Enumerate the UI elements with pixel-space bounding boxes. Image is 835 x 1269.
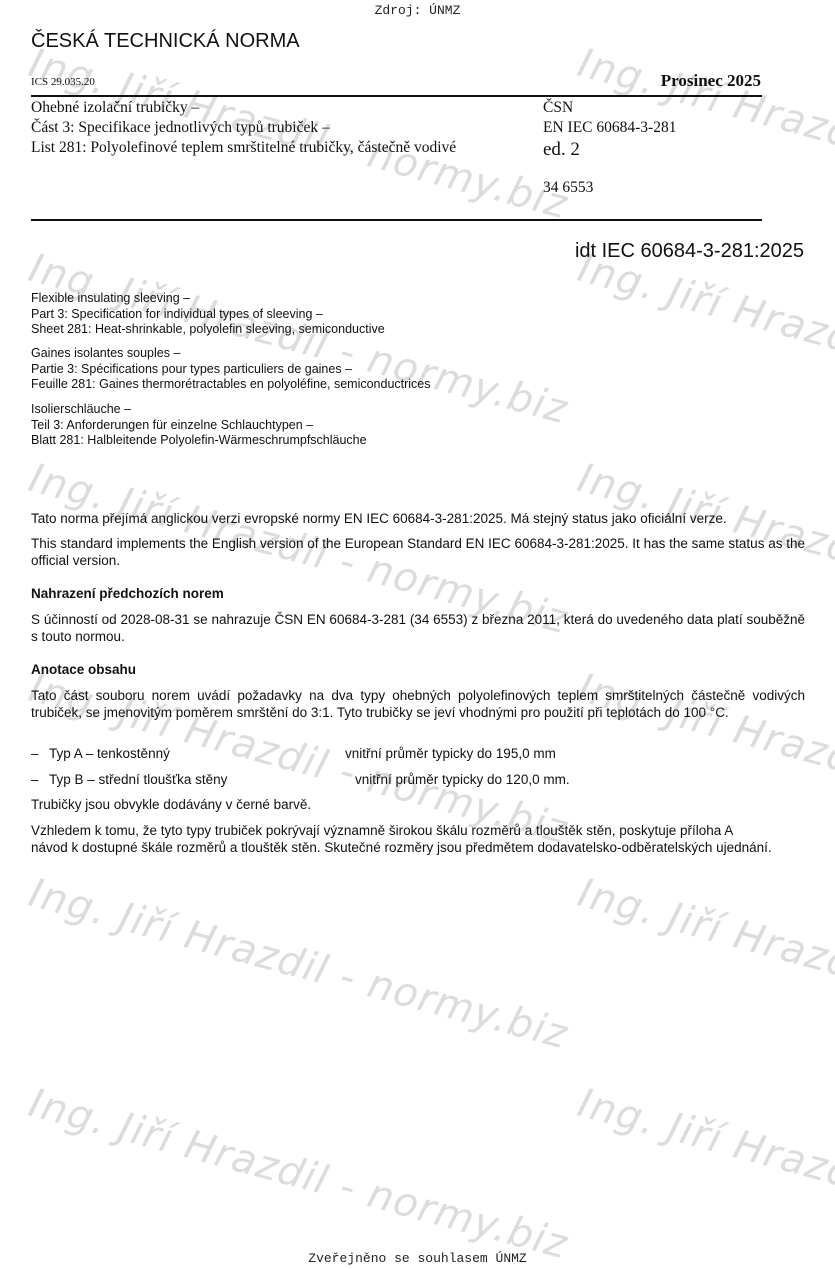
replacement-text: S účinností od 2028-08-31 se nahrazuje Č…	[31, 612, 805, 645]
identity-reference: idt IEC 60684-3-281:2025	[575, 240, 804, 263]
english-title-line: Part 3: Specification for individual typ…	[31, 307, 385, 323]
watermark: Ing. Jiří Hrazdil - normy.biz	[573, 1080, 835, 1268]
annotation-heading: Anotace obsahu	[31, 662, 805, 679]
czech-title-line: List 281: Polyolefinové teplem smrštitel…	[31, 138, 456, 158]
watermark: Ing. Jiří Hrazdil - normy.biz	[24, 870, 573, 1058]
annotation-text: Tato část souboru norem uvádí požadavky …	[31, 688, 805, 721]
french-title: Gaines isolantes souples – Partie 3: Spé…	[31, 346, 431, 393]
footer-note: Zveřejněno se souhlasem ÚNMZ	[0, 1251, 835, 1266]
source-note: Zdroj: ÚNMZ	[0, 3, 835, 18]
list-dash: –	[31, 746, 49, 761]
csn-label: ČSN	[543, 98, 676, 118]
french-title-line: Feuille 281: Gaines thermorétractables e…	[31, 377, 431, 393]
classification-number: 34 6553	[543, 178, 676, 198]
list-item: –Typ B – střední tloušťka stěny	[31, 772, 227, 787]
replacement-heading: Nahrazení předchozích norem	[31, 586, 805, 603]
english-title-line: Flexible insulating sleeving –	[31, 291, 385, 307]
english-title: Flexible insulating sleeving – Part 3: S…	[31, 291, 385, 338]
type-label: Typ B – střední tloušťka stěny	[49, 772, 227, 787]
type-label: Typ A – tenkostěnný	[49, 746, 170, 761]
adoption-statement-cz: Tato norma přejímá anglickou verzi evrop…	[31, 511, 805, 528]
annex-note: Vzhledem k tomu, že tyto typy trubiček p…	[31, 823, 805, 856]
german-title: Isolierschläuche – Teil 3: Anforderungen…	[31, 402, 367, 449]
publication-date: Prosinec 2025	[661, 71, 761, 91]
german-title-line: Teil 3: Anforderungen für einzelne Schla…	[31, 418, 367, 434]
bottom-divider	[31, 219, 762, 221]
standard-type-heading: ČESKÁ TECHNICKÁ NORMA	[31, 30, 300, 53]
watermark: Ing. Jiří Hrazdil - normy.biz	[573, 870, 835, 1058]
adoption-statement-en: This standard implements the English ver…	[31, 536, 805, 569]
type-value: vnitřní průměr typicky do 120,0 mm.	[355, 772, 570, 787]
type-value: vnitřní průměr typicky do 195,0 mm	[345, 746, 556, 761]
list-item: –Typ A – tenkostěnný	[31, 746, 170, 761]
german-title-line: Blatt 281: Halbleitende Polyolefin-Wärme…	[31, 433, 367, 449]
list-dash: –	[31, 772, 49, 787]
german-title-line: Isolierschläuche –	[31, 402, 367, 418]
watermark: Ing. Jiří Hrazdil - normy.biz	[24, 1080, 573, 1268]
czech-title: Ohebné izolační trubičky – Část 3: Speci…	[31, 98, 456, 158]
ics-code: ICS 29.035.20	[31, 76, 95, 88]
french-title-line: Partie 3: Spécifications pour types part…	[31, 362, 431, 378]
designation-block: ČSN EN IEC 60684-3-281 ed. 2 34 6553	[543, 98, 676, 198]
czech-title-line: Ohebné izolační trubičky –	[31, 98, 456, 118]
czech-title-line: Část 3: Specifikace jednotlivých typů tr…	[31, 118, 456, 138]
annex-line: návod k dostupné škále rozměrů a tlouště…	[31, 840, 805, 857]
edition: ed. 2	[543, 138, 676, 162]
french-title-line: Gaines isolantes souples –	[31, 346, 431, 362]
watermark: Ing. Jiří Hrazdil - normy.biz	[573, 245, 835, 433]
standard-designation: EN IEC 60684-3-281	[543, 118, 676, 138]
annex-line: Vzhledem k tomu, že tyto typy trubiček p…	[31, 823, 805, 840]
top-divider	[31, 95, 762, 97]
english-title-line: Sheet 281: Heat-shrinkable, polyolefin s…	[31, 322, 385, 338]
color-note: Trubičky jsou obvykle dodávány v černé b…	[31, 797, 805, 814]
